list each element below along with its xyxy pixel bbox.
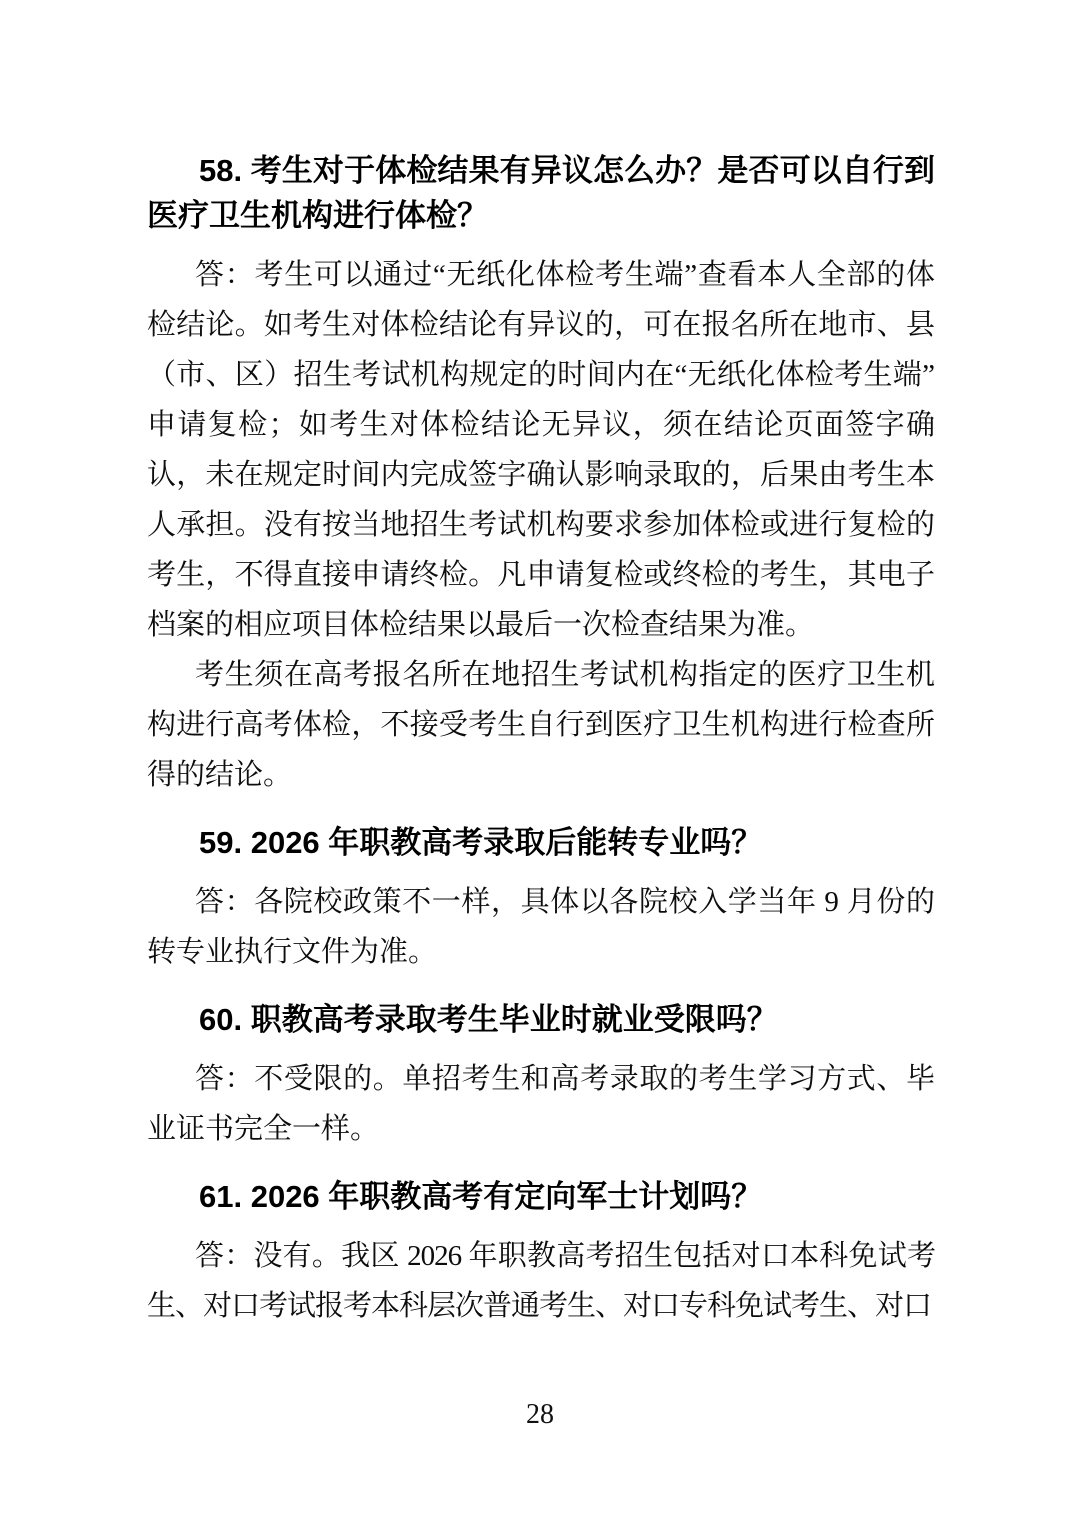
- qa-section-59: 59. 2026 年职教高考录取后能转专业吗？ 答：各院校政策不一样，具体以各院…: [147, 820, 935, 977]
- qa-section-60: 60. 职教高考录取考生毕业时就业受限吗？ 答：不受限的。单招考生和高考录取的考…: [147, 997, 935, 1154]
- answer-58-paragraph-2: 考生须在高考报名所在地招生考试机构指定的医疗卫生机构进行高考体检，不接受考生自行…: [147, 650, 935, 800]
- document-page: 58. 考生对于体检结果有异议怎么办？是否可以自行到医疗卫生机构进行体检？ 答：…: [0, 0, 1080, 1527]
- page-number: 28: [0, 1398, 1080, 1432]
- answer-60-paragraph-1: 答：不受限的。单招考生和高考录取的考生学习方式、毕业证书完全一样。: [147, 1054, 935, 1154]
- page-content: 58. 考生对于体检结果有异议怎么办？是否可以自行到医疗卫生机构进行体检？ 答：…: [147, 0, 935, 1331]
- question-58-heading: 58. 考生对于体检结果有异议怎么办？是否可以自行到医疗卫生机构进行体检？: [147, 148, 935, 238]
- answer-61-paragraph-1: 答：没有。我区 2026 年职教高考招生包括对口本科免试考生、对口考试报考本科层…: [147, 1231, 935, 1331]
- question-61-heading: 61. 2026 年职教高考有定向军士计划吗？: [147, 1174, 935, 1219]
- answer-59-paragraph-1: 答：各院校政策不一样，具体以各院校入学当年 9 月份的转专业执行文件为准。: [147, 877, 935, 977]
- question-60-heading: 60. 职教高考录取考生毕业时就业受限吗？: [147, 997, 935, 1042]
- answer-58-paragraph-1: 答：考生可以通过“无纸化体检考生端”查看本人全部的体检结论。如考生对体检结论有异…: [147, 250, 935, 650]
- qa-section-61: 61. 2026 年职教高考有定向军士计划吗？ 答：没有。我区 2026 年职教…: [147, 1174, 935, 1331]
- question-59-heading: 59. 2026 年职教高考录取后能转专业吗？: [147, 820, 935, 865]
- qa-section-58: 58. 考生对于体检结果有异议怎么办？是否可以自行到医疗卫生机构进行体检？ 答：…: [147, 148, 935, 800]
